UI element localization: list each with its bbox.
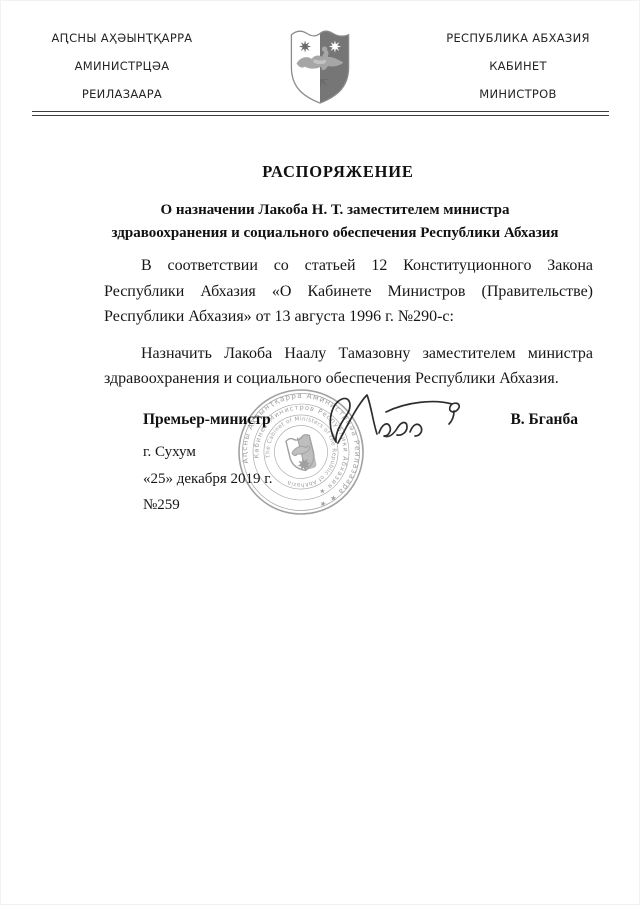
header-right-line3: МИНИСТРОВ [418, 83, 618, 111]
footer-number: №259 [143, 494, 273, 521]
footer-block: г. Сухум «25» декабря 2019 г. №259 [143, 441, 273, 521]
footer-city: г. Сухум [143, 441, 273, 468]
document-subtitle-line2: здравоохранения и социального обеспечени… [60, 222, 610, 245]
signer-name: В. Бганба [510, 411, 578, 429]
document-subtitle: О назначении Лакоба Н. Т. заместителем м… [60, 199, 610, 245]
document-body: В соответствии со статьей 12 Конституцио… [104, 253, 593, 392]
document-page: АԤСНЫ АҲӘЫНҬҚАРРА АМИНИСТРЦӘА РЕИЛАЗААРА [0, 0, 640, 905]
body-paragraph-1: В соответствии со статьей 12 Конституцио… [104, 253, 593, 330]
handwritten-signature [322, 390, 472, 448]
footer-date: «25» декабря 2019 г. [143, 468, 273, 495]
document-subtitle-line1: О назначении Лакоба Н. Т. заместителем м… [60, 199, 610, 222]
header-left-line2: АМИНИСТРЦӘА [22, 55, 222, 83]
header-left-org: АԤСНЫ АҲӘЫНҬҚАРРА АМИНИСТРЦӘА РЕИЛАЗААРА [22, 27, 222, 111]
header-separator-rule [32, 111, 609, 116]
header-right-org: РЕСПУБЛИКА АБХАЗИЯ КАБИНЕТ МИНИСТРОВ [418, 27, 618, 111]
header-left-line3: РЕИЛАЗААРА [22, 83, 222, 111]
header-left-line1: АԤСНЫ АҲӘЫНҬҚАРРА [22, 27, 222, 55]
header-right-line2: КАБИНЕТ [418, 55, 618, 83]
document-title: РАСПОРЯЖЕНИЕ [82, 162, 594, 182]
header-right-line1: РЕСПУБЛИКА АБХАЗИЯ [418, 27, 618, 55]
coat-of-arms-icon [287, 27, 353, 105]
